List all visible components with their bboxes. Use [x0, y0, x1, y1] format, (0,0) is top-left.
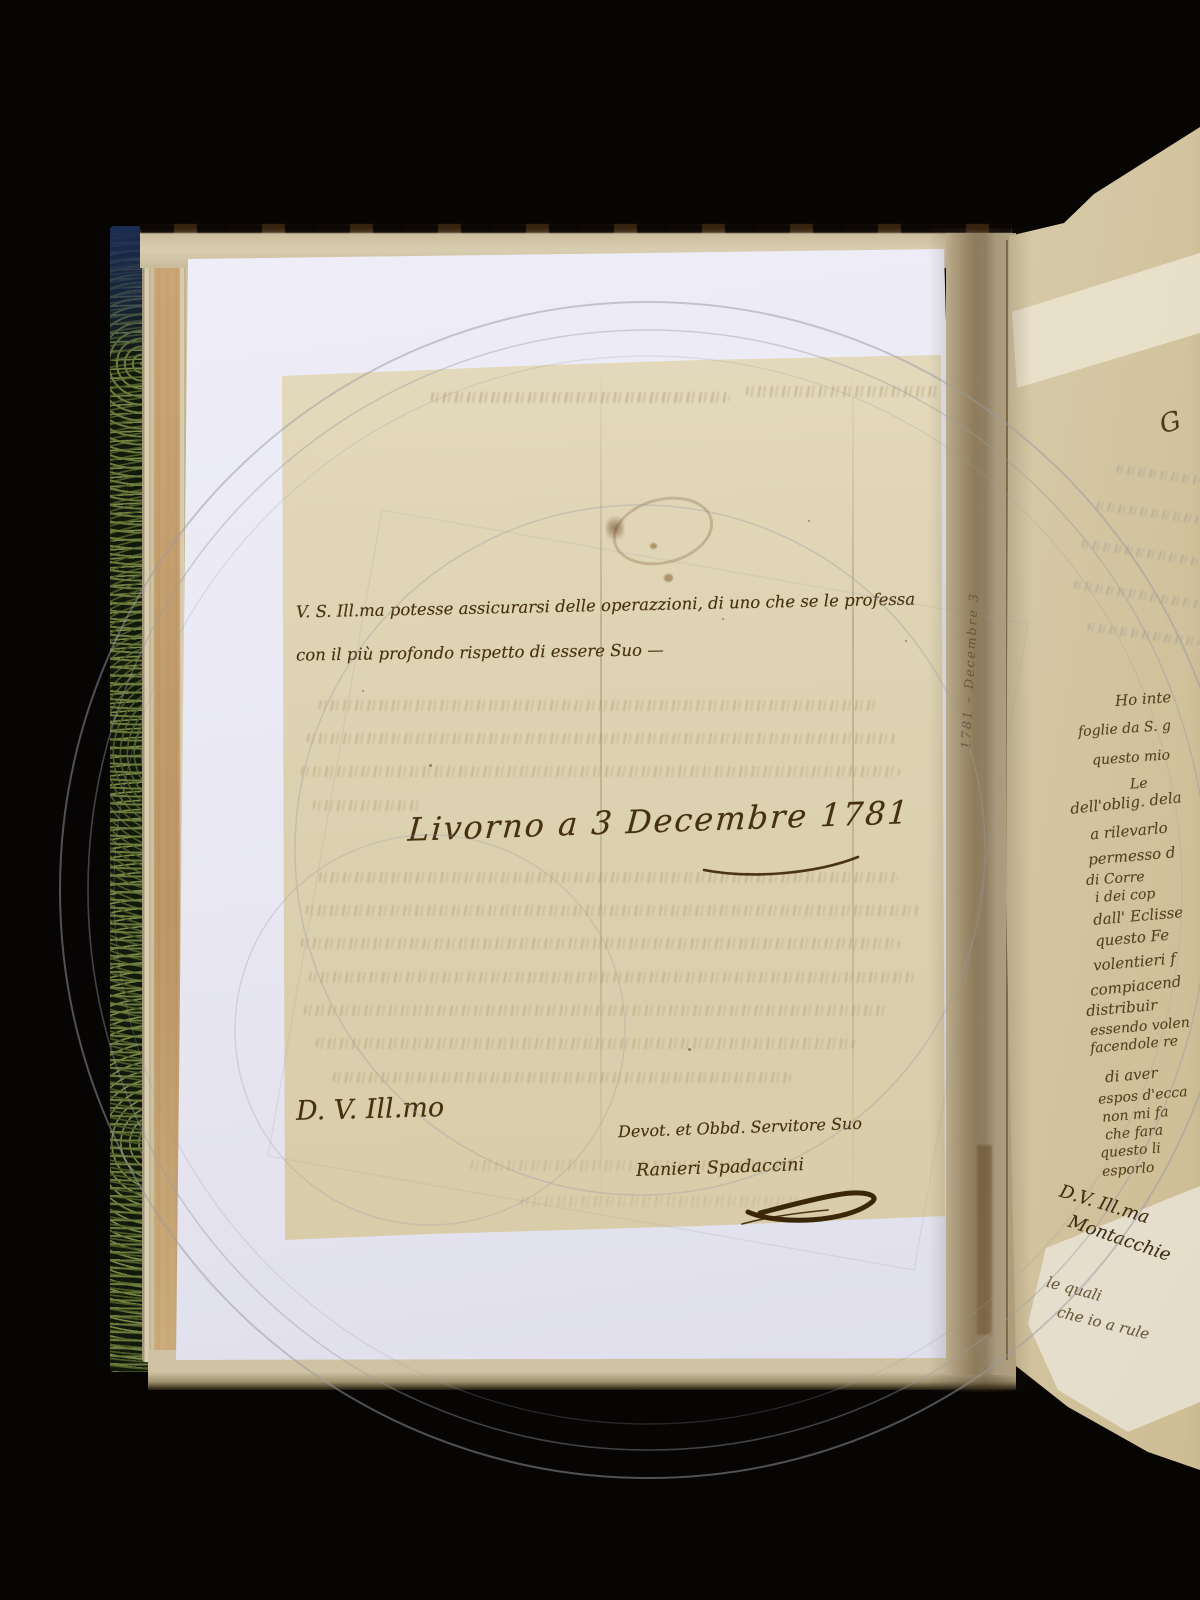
- bleed-through-writing: [332, 1072, 792, 1083]
- bleed-through-writing: [318, 700, 878, 711]
- bleed-through-writing: [306, 733, 896, 744]
- ring-stain-crescent: [606, 512, 624, 544]
- bleed-through-writing: [430, 392, 730, 403]
- ink-spot: [650, 543, 657, 549]
- page-edge-streak: [154, 250, 180, 1354]
- speck: [362, 690, 364, 692]
- speck: [808, 520, 810, 522]
- bleed-through-writing: [308, 972, 916, 983]
- bleed-through-writing: [305, 905, 920, 916]
- speck: [905, 640, 907, 642]
- fold-stain: [977, 1145, 992, 1335]
- bleed-through-writing: [745, 386, 940, 397]
- bleed-through-writing: [303, 1005, 888, 1016]
- dateline-underline-flourish: [700, 852, 865, 880]
- bleed-through-writing: [312, 800, 422, 811]
- speck: [722, 618, 724, 620]
- bleed-through-writing: [300, 938, 900, 949]
- signature-paraph-flourish: [736, 1182, 896, 1237]
- letter-valediction: D. V. Ill.mo: [296, 1092, 445, 1127]
- ink-spot: [664, 574, 673, 582]
- fold-crease: [600, 360, 602, 1228]
- manuscript-photo: V. S. Ill.ma potesse assicurarsi delle o…: [0, 0, 1200, 1600]
- fold-crease: [852, 358, 854, 1220]
- bleed-through-writing: [315, 1038, 855, 1049]
- bleed-through-writing: [300, 766, 900, 777]
- right-page-text-fragment: Le: [1129, 775, 1148, 792]
